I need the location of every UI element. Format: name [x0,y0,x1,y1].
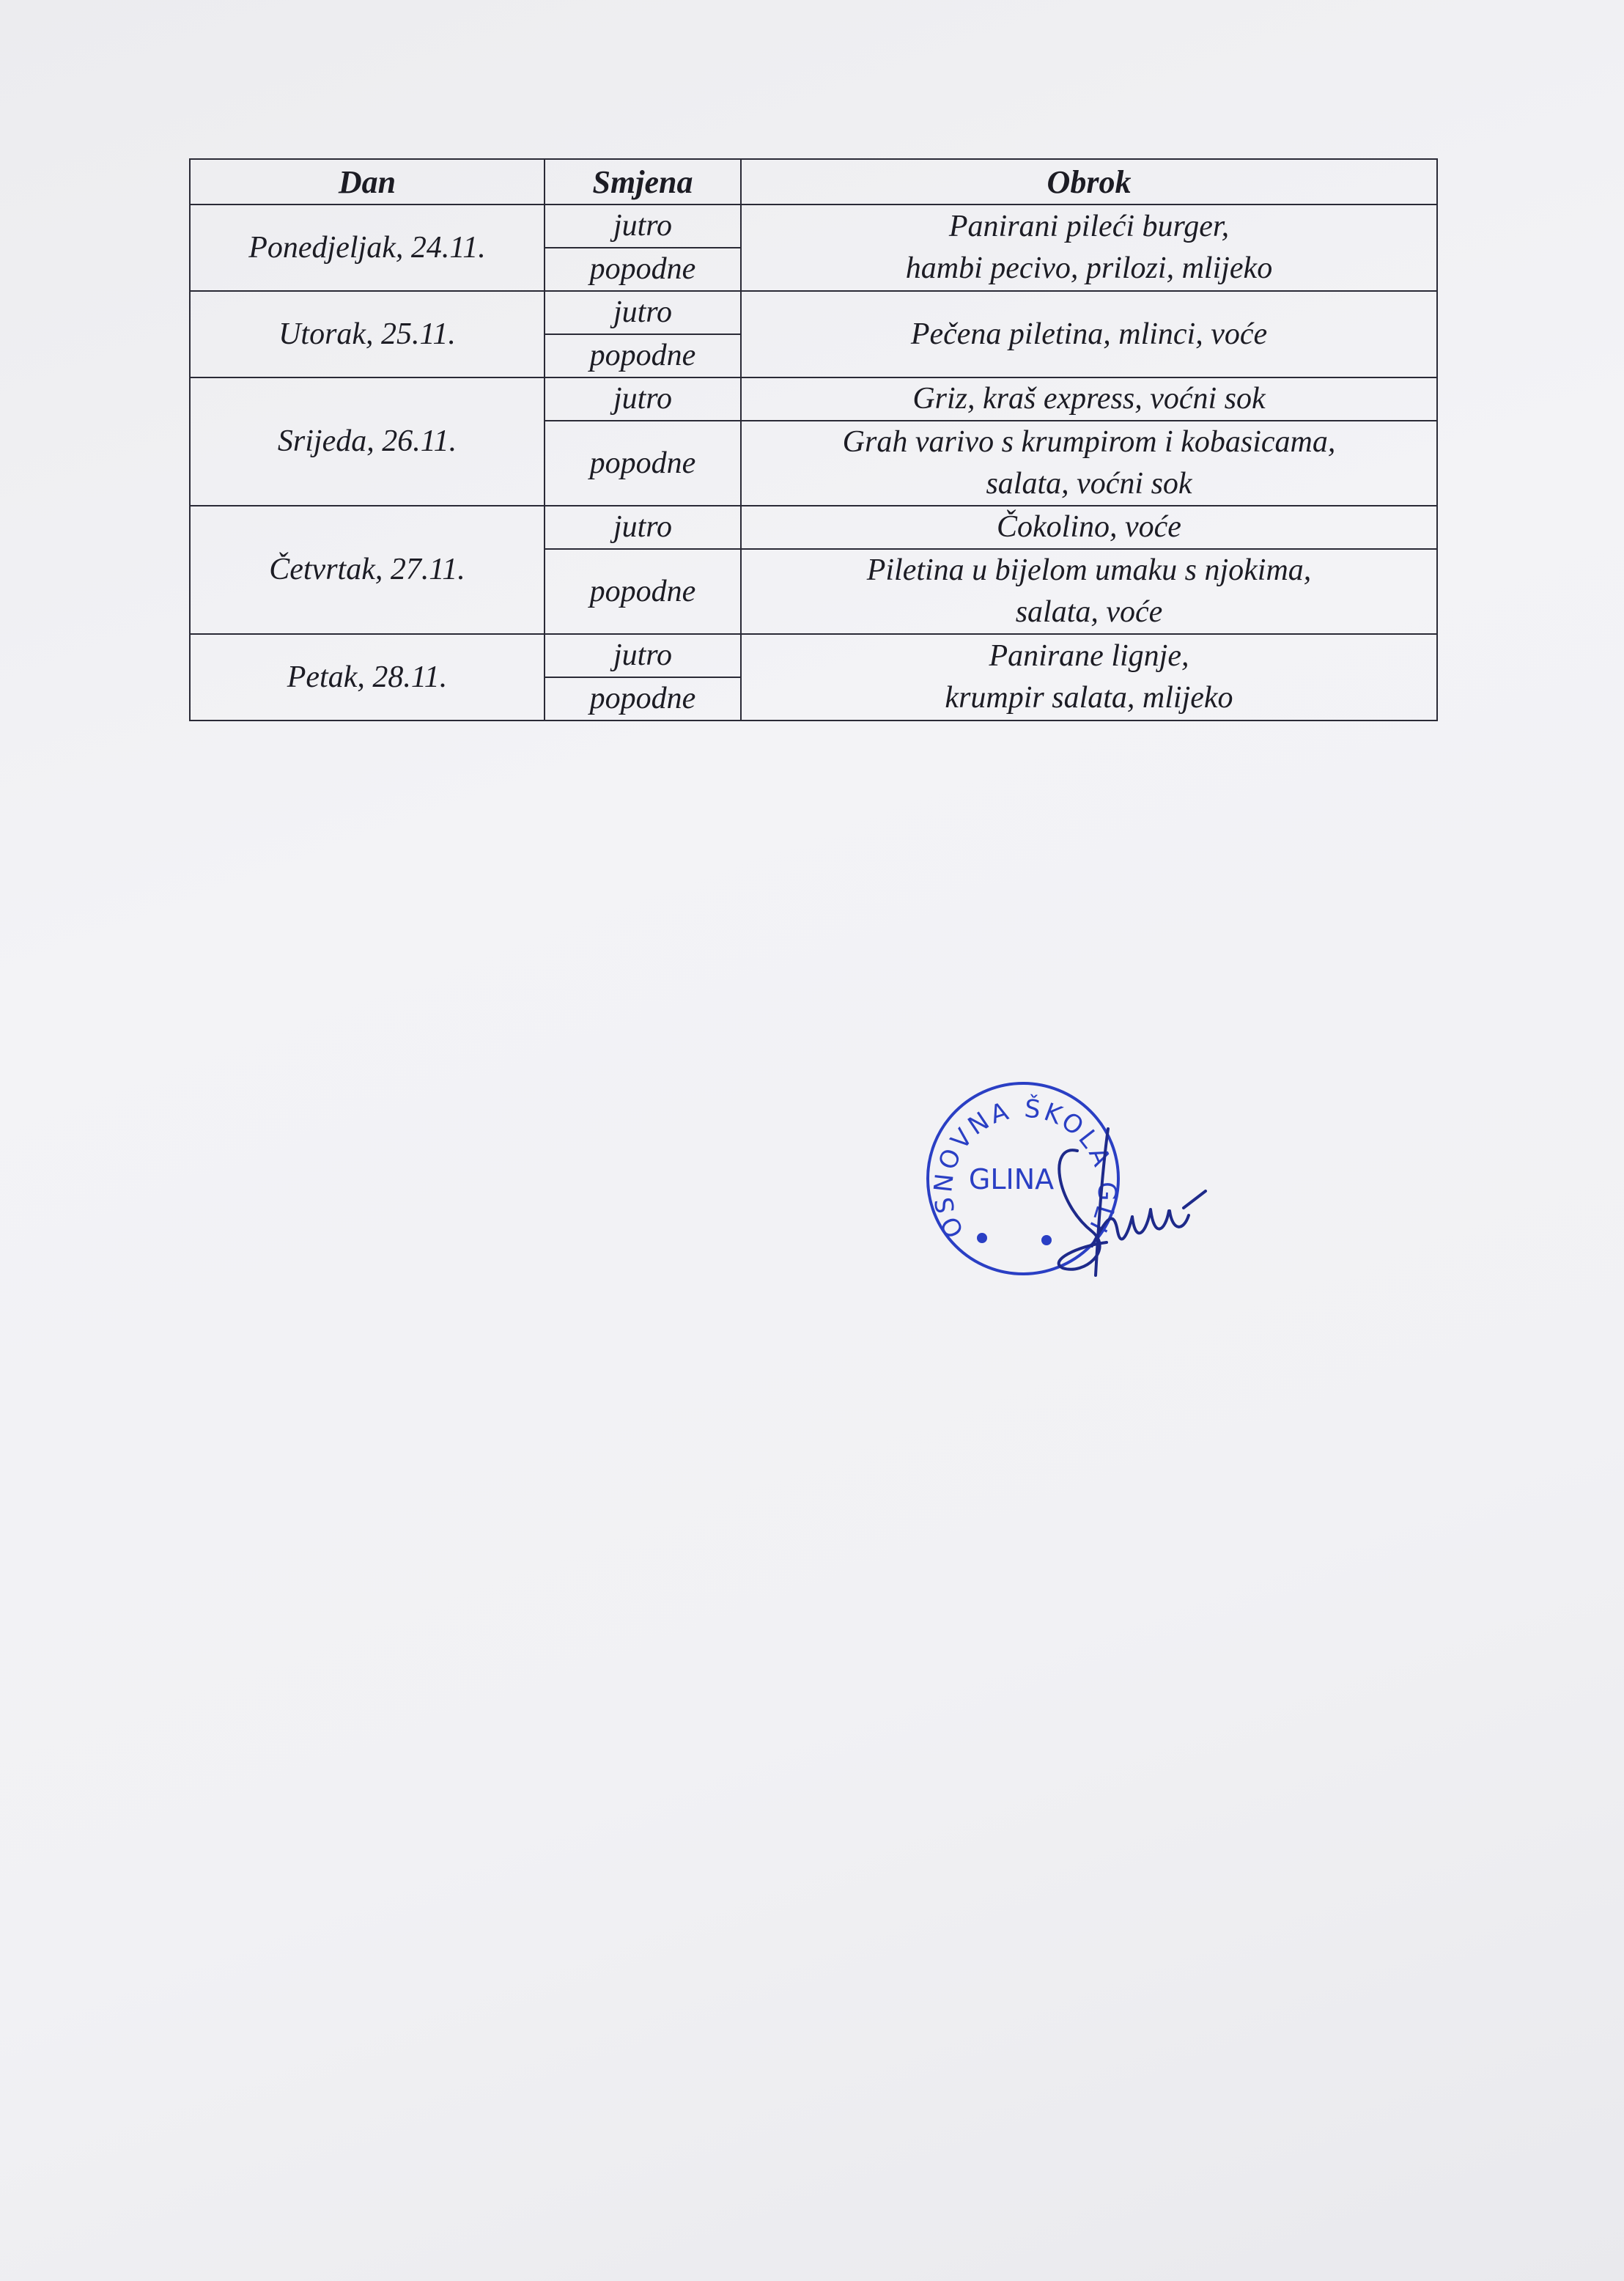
table-row: Ponedjeljak, 24.11.jutroPanirani pileći … [190,204,1437,248]
meal-cell: Panirani pileći burger, hambi pecivo, pr… [741,204,1437,291]
header-shift: Smjena [545,159,741,204]
day-cell: Utorak, 25.11. [190,291,545,377]
meal-schedule-table: Dan Smjena Obrok Ponedjeljak, 24.11.jutr… [189,158,1438,721]
day-cell: Četvrtak, 27.11. [190,506,545,634]
table-row: Utorak, 25.11.jutroPečena piletina, mlin… [190,291,1437,334]
meal-cell: Pečena piletina, mlinci, voće [741,291,1437,377]
shift-cell: popodne [545,421,741,506]
day-cell: Srijeda, 26.11. [190,377,545,506]
table-row: Srijeda, 26.11.jutroGriz, kraš express, … [190,377,1437,421]
shift-cell: jutro [545,506,741,549]
shift-cell: jutro [545,634,741,677]
shift-cell: jutro [545,204,741,248]
signature [1026,1121,1246,1290]
header-day: Dan [190,159,545,204]
shift-cell: popodne [545,677,741,721]
day-cell: Petak, 28.11. [190,634,545,721]
meal-cell: Piletina u bijelom umaku s njokima, sala… [741,549,1437,634]
shift-cell: jutro [545,377,741,421]
meal-cell: Čokolino, voće [741,506,1437,549]
table-body: Ponedjeljak, 24.11.jutroPanirani pileći … [190,204,1437,721]
table-row: Četvrtak, 27.11.jutroČokolino, voće [190,506,1437,549]
meal-cell: Griz, kraš express, voćni sok [741,377,1437,421]
table-row: Petak, 28.11.jutroPanirane lignje, krump… [190,634,1437,677]
shift-cell: jutro [545,291,741,334]
table-header-row: Dan Smjena Obrok [190,159,1437,204]
shift-cell: popodne [545,248,741,291]
meal-cell: Panirane lignje, krumpir salata, mlijeko [741,634,1437,721]
header-meal: Obrok [741,159,1437,204]
shift-cell: popodne [545,549,741,634]
meal-cell: Grah varivo s krumpirom i kobasicama, sa… [741,421,1437,506]
stamp-dot-left [977,1233,987,1243]
shift-cell: popodne [545,334,741,377]
day-cell: Ponedjeljak, 24.11. [190,204,545,291]
